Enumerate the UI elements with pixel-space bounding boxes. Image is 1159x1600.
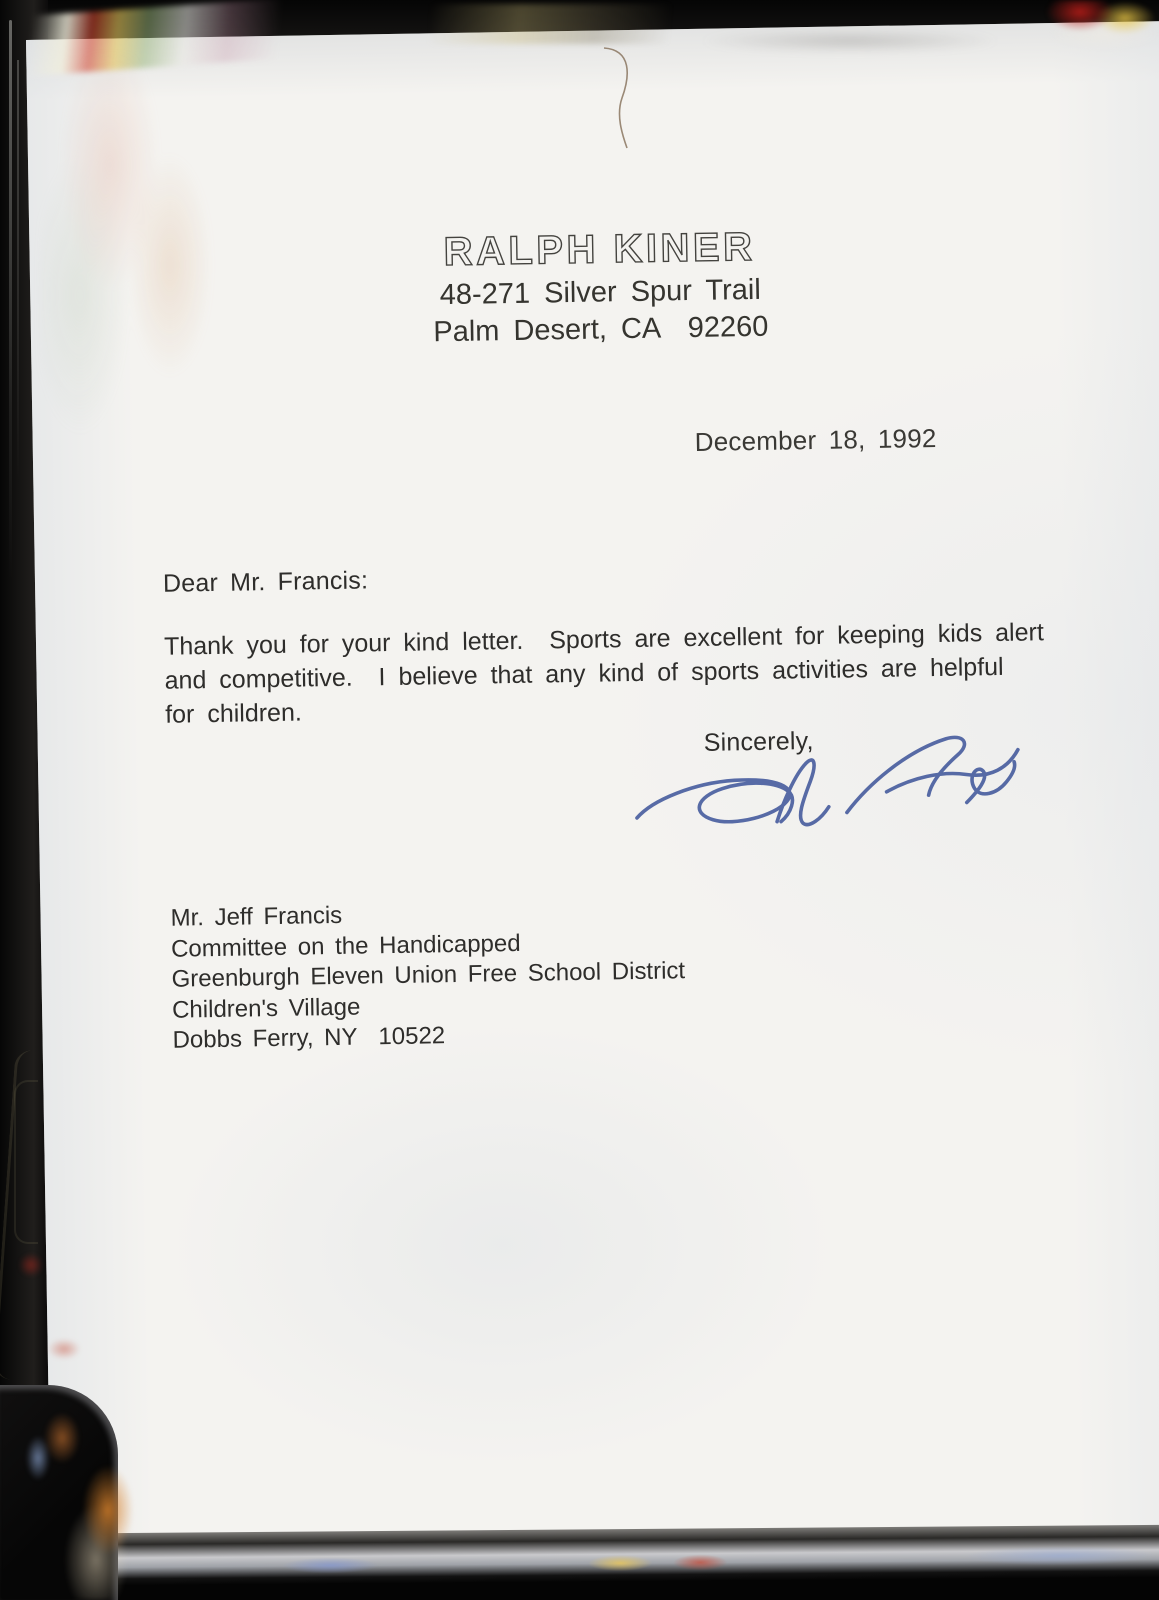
recipient-address-block: Mr. Jeff Francis Committee on the Handic… <box>170 895 686 1056</box>
sleeve-seam-line-2 <box>17 60 19 480</box>
letterhead: RALPH KINER 48-271 Silver Spur Trail Pal… <box>29 213 1159 358</box>
sleeve-corner-bottom-left <box>0 1385 118 1600</box>
hair-scratch-artifact <box>596 42 656 162</box>
letter-date: December 18, 1992 <box>695 423 937 458</box>
sleeve-embossing-curl <box>14 1080 38 1244</box>
sleeve-gloss-bottom-edge <box>0 1525 1159 1586</box>
scanned-letter-photo: RALPH KINER 48-271 Silver Spur Trail Pal… <box>0 0 1159 1600</box>
letter-paper: RALPH KINER 48-271 Silver Spur Trail Pal… <box>26 21 1159 1556</box>
salutation: Dear Mr. Francis: <box>163 566 369 598</box>
sleeve-seam-line <box>9 20 12 580</box>
letterhead-name: RALPH KINER <box>443 225 756 274</box>
letter-body: Thank you for your kind letter. Sports a… <box>164 615 1045 732</box>
signature-ralph-kiner-handwritten <box>630 726 1024 858</box>
